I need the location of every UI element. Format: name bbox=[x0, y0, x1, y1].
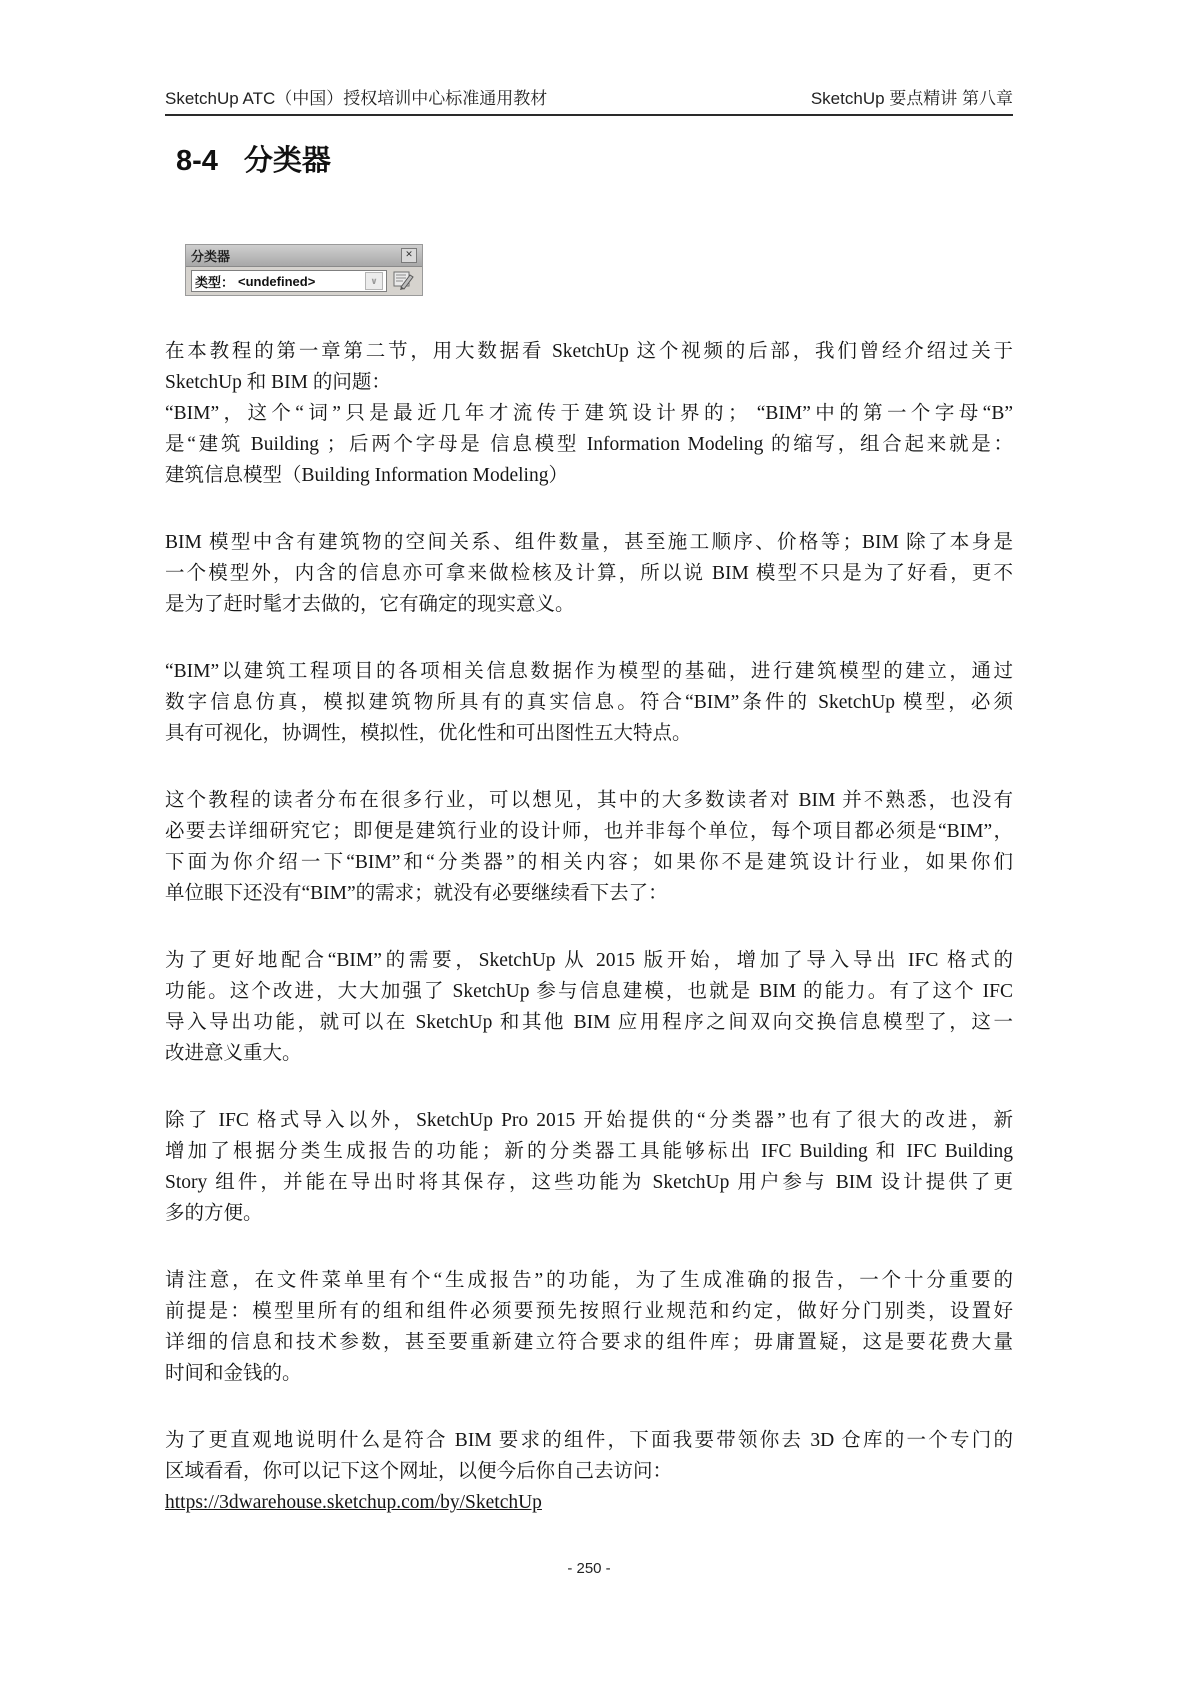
paragraph-line: 一个模型外，内含的信息亦可拿来做检核及计算，所以说 BIM 模型不只是为了好看，… bbox=[165, 558, 1013, 589]
warehouse-url-link[interactable]: https://3dwarehouse.sketchup.com/by/Sket… bbox=[165, 1492, 542, 1513]
header-left-text: SketchUp ATC（中国）授权培训中心标准通用教材 bbox=[165, 84, 547, 109]
paragraph-line: 增加了根据分类生成报告的功能；新的分类器工具能够标出 IFC Building … bbox=[165, 1136, 1013, 1167]
paragraph: BIM 模型中含有建筑物的空间关系、组件数量，甚至施工顺序、价格等；BIM 除了… bbox=[165, 527, 1013, 620]
dialog-titlebar: 分类器 ✕ bbox=[186, 245, 422, 267]
paragraph-line: 为了更好地配合“BIM”的需要，SketchUp 从 2015 版开始，增加了导… bbox=[165, 945, 1013, 976]
type-combobox[interactable]: 类型： <undefined> ∨ bbox=[191, 270, 387, 292]
paragraph-line: 前提是：模型里所有的组和组件必须要预先按照行业规范和约定，做好分门别类，设置好 bbox=[165, 1296, 1013, 1327]
paragraph-line: “BIM”，这个“词”只是最近几年才流传于建筑设计界的； “BIM”中的第一个字… bbox=[165, 398, 1013, 429]
section-heading: 8-4 分类器 bbox=[176, 138, 331, 179]
paragraph-line: 数字信息仿真，模拟建筑物所具有的真实信息。符合“BIM”条件的 SketchUp… bbox=[165, 687, 1013, 718]
paragraph-line: 除了 IFC 格式导入以外，SketchUp Pro 2015 开始提供的“分类… bbox=[165, 1105, 1013, 1136]
page-footer: - 250 - bbox=[165, 1560, 1013, 1577]
edit-schema-icon[interactable] bbox=[392, 270, 416, 292]
paragraph: “BIM”以建筑工程项目的各项相关信息数据作为模型的基础，进行建筑模型的建立，通… bbox=[165, 656, 1013, 749]
document-page: SketchUp ATC（中国）授权培训中心标准通用教材 SketchUp 要点… bbox=[0, 0, 1185, 1690]
page-number: - 250 - bbox=[567, 1560, 610, 1577]
paragraph-line: 这个教程的读者分布在很多行业，可以想见，其中的大多数读者对 BIM 并不熟悉，也… bbox=[165, 785, 1013, 816]
type-label: 类型： bbox=[195, 272, 234, 291]
paragraph-line: 改进意义重大。 bbox=[165, 1038, 1013, 1069]
paragraph-line: 详细的信息和技术参数，甚至要重新建立符合要求的组件库；毋庸置疑，这是要花费大量 bbox=[165, 1327, 1013, 1358]
chevron-down-icon[interactable]: ∨ bbox=[365, 272, 383, 290]
dialog-title: 分类器 bbox=[191, 246, 230, 265]
paragraph: 请注意，在文件菜单里有个“生成报告”的功能，为了生成准确的报告，一个十分重要的 … bbox=[165, 1265, 1013, 1389]
header-right-text: SketchUp 要点精讲 第八章 bbox=[811, 84, 1013, 109]
classifier-dialog-screenshot: 分类器 ✕ 类型： <undefined> ∨ bbox=[186, 245, 422, 295]
paragraph: 这个教程的读者分布在很多行业，可以想见，其中的大多数读者对 BIM 并不熟悉，也… bbox=[165, 785, 1013, 909]
paragraph: 为了更好地配合“BIM”的需要，SketchUp 从 2015 版开始，增加了导… bbox=[165, 945, 1013, 1069]
paragraph-line: 建筑信息模型（Building Information Modeling） bbox=[165, 460, 1013, 491]
close-icon[interactable]: ✕ bbox=[401, 248, 417, 263]
page-header: SketchUp ATC（中国）授权培训中心标准通用教材 SketchUp 要点… bbox=[165, 84, 1013, 116]
paragraph-line: Story 组件，并能在导出时将其保存，这些功能为 SketchUp 用户参与 … bbox=[165, 1167, 1013, 1198]
paragraph-line: SketchUp 和 BIM 的问题： bbox=[165, 367, 1013, 398]
paragraph-line: 下面为你介绍一下“BIM”和“分类器”的相关内容；如果你不是建筑设计行业，如果你… bbox=[165, 847, 1013, 878]
paragraph-line: 功能。这个改进，大大加强了 SketchUp 参与信息建模，也就是 BIM 的能… bbox=[165, 976, 1013, 1007]
paragraph-line: 请注意，在文件菜单里有个“生成报告”的功能，为了生成准确的报告，一个十分重要的 bbox=[165, 1265, 1013, 1296]
section-number: 8-4 bbox=[176, 145, 218, 178]
paragraph-line: 必要去详细研究它；即便是建筑行业的设计师，也并非每个单位，每个项目都必须是“BI… bbox=[165, 816, 1013, 847]
paragraph-line: 多的方便。 bbox=[165, 1198, 1013, 1229]
warehouse-link-line: https://3dwarehouse.sketchup.com/by/Sket… bbox=[165, 1487, 1013, 1518]
paragraph-line: “BIM”以建筑工程项目的各项相关信息数据作为模型的基础，进行建筑模型的建立，通… bbox=[165, 656, 1013, 687]
paragraph-line: 单位眼下还没有“BIM”的需求；就没有必要继续看下去了： bbox=[165, 878, 1013, 909]
paragraph: 除了 IFC 格式导入以外，SketchUp Pro 2015 开始提供的“分类… bbox=[165, 1105, 1013, 1229]
paragraph-line: 区域看看，你可以记下这个网址，以便今后你自己去访问： bbox=[165, 1456, 1013, 1487]
section-title-text: 分类器 bbox=[244, 138, 331, 179]
paragraph-line: 时间和金钱的。 bbox=[165, 1358, 1013, 1389]
paragraph: 为了更直观地说明什么是符合 BIM 要求的组件，下面我要带领你去 3D 仓库的一… bbox=[165, 1425, 1013, 1518]
paragraph-line: 为了更直观地说明什么是符合 BIM 要求的组件，下面我要带领你去 3D 仓库的一… bbox=[165, 1425, 1013, 1456]
paragraph-line: 是为了赶时髦才去做的，它有确定的现实意义。 bbox=[165, 589, 1013, 620]
paragraph-line: 在本教程的第一章第二节，用大数据看 SketchUp 这个视频的后部，我们曾经介… bbox=[165, 336, 1013, 367]
body-text: 在本教程的第一章第二节，用大数据看 SketchUp 这个视频的后部，我们曾经介… bbox=[165, 336, 1013, 1554]
paragraph-line: 导入导出功能，就可以在 SketchUp 和其他 BIM 应用程序之间双向交换信… bbox=[165, 1007, 1013, 1038]
pencil-on-sheet-icon bbox=[393, 271, 415, 291]
paragraph: 在本教程的第一章第二节，用大数据看 SketchUp 这个视频的后部，我们曾经介… bbox=[165, 336, 1013, 491]
paragraph-line: 具有可视化，协调性，模拟性，优化性和可出图性五大特点。 bbox=[165, 718, 1013, 749]
paragraph-line: 是“建筑 Building ；后两个字母是 信息模型 Information M… bbox=[165, 429, 1013, 460]
type-value: <undefined> bbox=[238, 274, 315, 289]
paragraph-line: BIM 模型中含有建筑物的空间关系、组件数量，甚至施工顺序、价格等；BIM 除了… bbox=[165, 527, 1013, 558]
dialog-body: 类型： <undefined> ∨ bbox=[186, 267, 422, 295]
